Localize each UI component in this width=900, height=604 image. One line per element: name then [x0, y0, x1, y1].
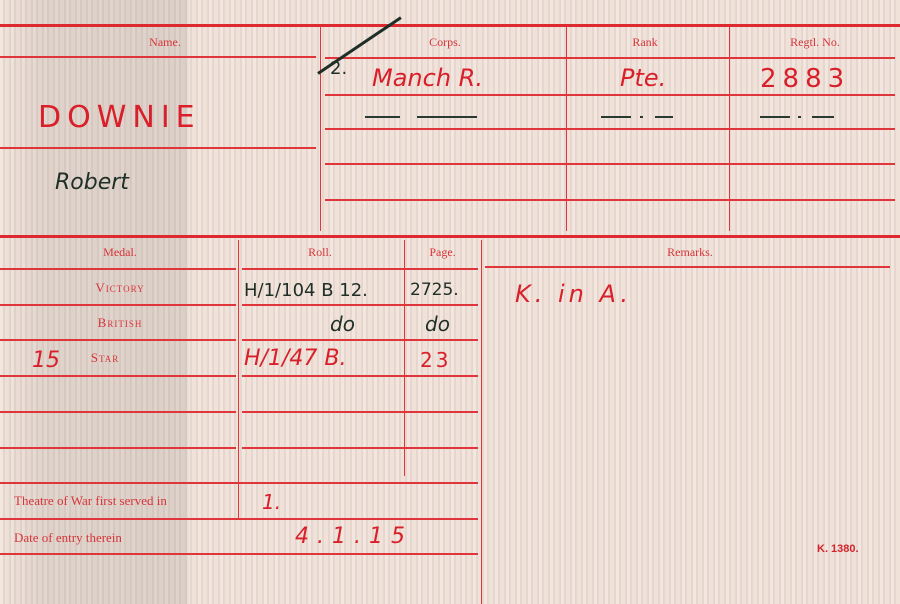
roll-value: H/1/47 B.: [244, 346, 346, 371]
divider: [238, 240, 239, 520]
theatre-label: Theatre of War first served in: [14, 493, 234, 509]
medal-name: Victory: [70, 280, 170, 296]
rule: [485, 266, 890, 268]
entry-date-label: Date of entry therein: [14, 530, 234, 546]
divider: [481, 240, 482, 604]
ditto-dot: [640, 116, 643, 118]
rule: [325, 94, 895, 96]
divider: [320, 26, 321, 231]
form-number: K. 1380.: [817, 543, 859, 555]
medal-name: Star: [70, 350, 140, 366]
rule: [325, 199, 895, 201]
entry-date-value: 4.1.15: [295, 524, 413, 549]
page-value: do: [425, 312, 450, 336]
rule: [0, 518, 478, 520]
regtl-no-label: Regtl. No.: [760, 35, 870, 50]
rank-label: Rank: [600, 35, 690, 50]
divider: [404, 240, 405, 476]
rule: [0, 339, 236, 341]
medal-prefix: 15: [32, 348, 60, 373]
rule: [0, 553, 478, 555]
section-rule: [0, 235, 900, 238]
remarks-value: K. in A.: [515, 280, 632, 308]
roll-value: H/1/104 B 12.: [244, 280, 368, 301]
rule: [242, 268, 478, 270]
rule: [325, 57, 895, 59]
rule: [242, 447, 478, 449]
corps-label: Corps.: [400, 35, 490, 50]
rule: [0, 268, 236, 270]
forename: Robert: [55, 170, 129, 195]
remarks-label: Remarks.: [640, 245, 740, 260]
corps-value: Manch R.: [372, 64, 483, 92]
rule: [0, 304, 236, 306]
ditto-dash: [655, 116, 673, 118]
ditto-dash: [601, 116, 631, 118]
rule: [242, 375, 478, 377]
surname: DOWNIE: [38, 100, 201, 135]
ditto-dash: [365, 116, 400, 118]
rule: [0, 147, 316, 149]
rank-value: Pte.: [620, 64, 666, 92]
roll-label: Roll.: [290, 245, 350, 260]
rule: [0, 482, 478, 484]
medal-label: Medal.: [70, 245, 170, 260]
rule: [0, 56, 316, 58]
ditto-dash: [812, 116, 834, 118]
theatre-value: 1.: [262, 490, 281, 514]
name-label: Name.: [120, 35, 210, 50]
rule: [242, 339, 478, 341]
medal-name: British: [70, 315, 170, 331]
medal-index-card: Name. Corps. Rank Regtl. No. DOWNIE Robe…: [0, 0, 900, 604]
rule: [242, 304, 478, 306]
rule: [325, 128, 895, 130]
ditto-dot: [798, 116, 801, 118]
regtl-no-value: 2883: [760, 64, 850, 94]
rule: [325, 163, 895, 165]
top-rule: [0, 24, 900, 27]
page-value: 2725.: [410, 280, 459, 300]
ditto-dash: [417, 116, 477, 118]
rule: [242, 411, 478, 413]
ditto-dash: [760, 116, 790, 118]
rule: [0, 447, 236, 449]
page-label: Page.: [410, 245, 475, 260]
page-value: 23: [420, 348, 451, 372]
roll-value: do: [330, 312, 355, 336]
rule: [0, 375, 236, 377]
rule: [0, 411, 236, 413]
